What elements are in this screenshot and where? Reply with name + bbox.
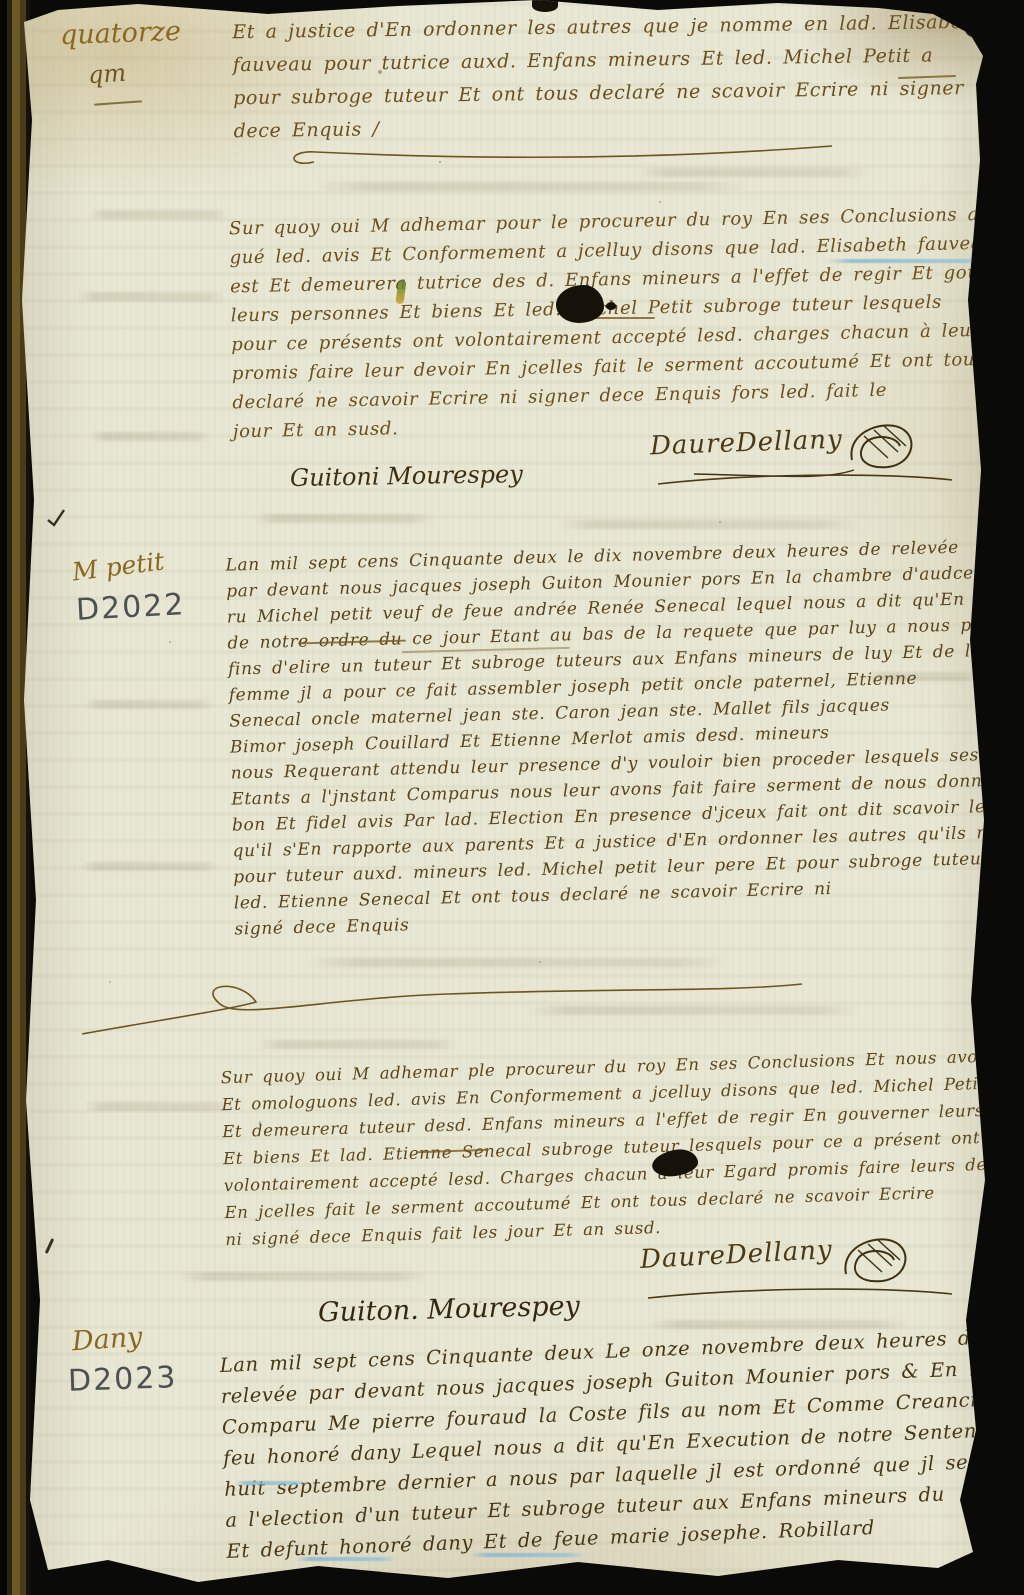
- bleedthrough-mark: [558, 520, 858, 529]
- bleedthrough-mark: [76, 292, 226, 301]
- blue-underline-dany: [235, 1481, 307, 1485]
- paragraph-homologation-2: Sur quoy oui M adhemar ple procureur du …: [221, 1044, 1024, 1257]
- margin-case2-name: Dany: [71, 1322, 143, 1358]
- bleedthrough-mark: [258, 1040, 458, 1049]
- bleedthrough-mark: [88, 210, 228, 219]
- bleedthrough-mark: [253, 514, 433, 523]
- bleedthrough-mark: [308, 958, 728, 967]
- blue-underline-dany: [296, 1557, 396, 1561]
- ink-blot: [556, 285, 604, 323]
- bleedthrough-mark: [90, 432, 210, 441]
- paragraph-judgment-1: Et a justice d'En ordonner les autres qu…: [232, 11, 985, 153]
- blue-underline-robillard: [470, 1553, 585, 1557]
- bleedthrough-mark: [80, 862, 220, 871]
- ink-blot-top-edge: [532, 0, 558, 12]
- paragraph-act-petit: Lan mil sept cens Cinquante deux le dix …: [225, 534, 1024, 945]
- margin-folio-word: quatorze: [59, 16, 181, 51]
- paragraph-act-dany: Lan mil sept cens Cinquante deux Le onze…: [219, 1322, 1024, 1571]
- bleedthrough-mark: [84, 700, 214, 709]
- signature-clerk: Guitoni Mourespey: [290, 460, 523, 492]
- paper-sheet: quatorze qm M petit D2022 Dany D2023 Et …: [18, 0, 1006, 1595]
- signature-underline: [656, 470, 956, 490]
- bleedthrough-mark: [318, 182, 748, 191]
- margin-folio-abbrev: qm: [87, 59, 127, 90]
- ink-blot: [606, 302, 616, 310]
- flourish-separator: [280, 138, 840, 174]
- bleedthrough-mark: [178, 1272, 428, 1281]
- margin-case1-ref: D2022: [75, 587, 186, 628]
- bleedthrough-mark: [648, 1320, 908, 1329]
- bleedthrough-mark: [84, 1102, 234, 1111]
- blue-underline-fauveau: [826, 259, 996, 263]
- margin-check-mark: [46, 508, 68, 528]
- signature-underline: [646, 1284, 956, 1304]
- ink-dash-mark: [593, 317, 655, 319]
- margin-case2-ref: D2023: [67, 1360, 178, 1399]
- paragraph-homologation-1: Sur quoy oui M adhemar pour le procureur…: [229, 202, 1024, 451]
- flourish-separator: [78, 978, 808, 1038]
- scanned-register-page: quatorze qm M petit D2022 Dany D2023 Et …: [0, 0, 1024, 1595]
